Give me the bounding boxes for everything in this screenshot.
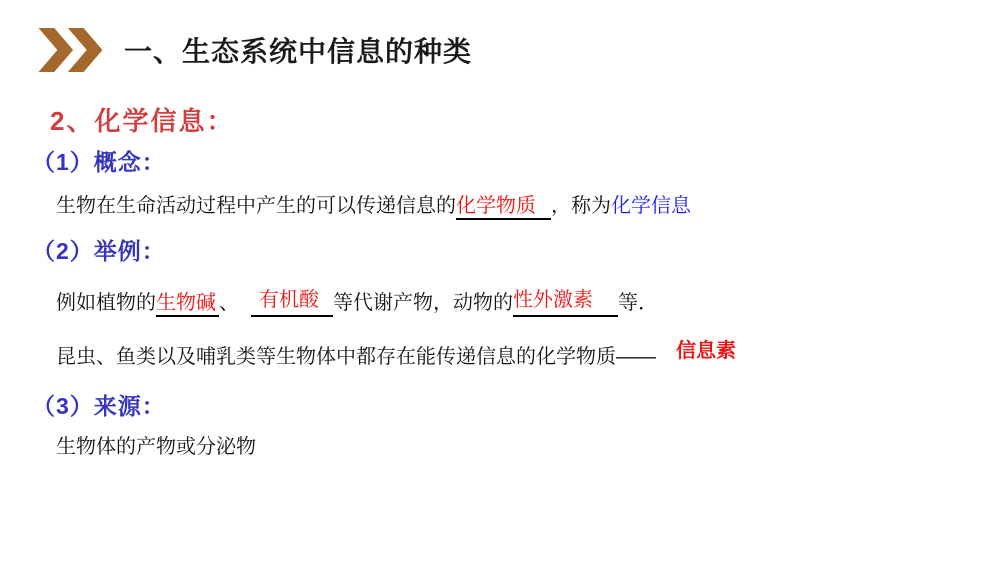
term-pheromone: 信息素: [676, 340, 736, 362]
section-label-examples: （2）举例：: [32, 233, 166, 266]
blank-sex-pheromone-text: 性外激素: [513, 289, 593, 312]
example-text-p3: 等代谢产物，动物的: [333, 292, 513, 314]
double-chevron-right-icon: [38, 28, 104, 72]
slide-title-row: 一、生态系统中信息的种类: [38, 28, 472, 72]
blank-chemical-substance: 化学物质: [456, 195, 551, 220]
pheromone-text-pre: 昆虫、鱼类以及哺乳类等生物体中都存在能传递信息的化学物质——: [56, 346, 656, 368]
heading-chemical-info: 2、化学信息：: [50, 101, 234, 138]
section-label-source: （3）来源：: [32, 388, 166, 421]
blank-chemical-substance-text: 化学物质: [456, 195, 536, 218]
section-label-concept: （1）概念：: [32, 144, 166, 177]
example-sentence: 例如植物的生物碱、有机酸等代谢产物，动物的性外激素等．: [56, 286, 658, 317]
concept-text-pre: 生物在生命活动过程中产生的可以传递信息的: [56, 195, 456, 217]
pheromone-sentence: 昆虫、鱼类以及哺乳类等生物体中都存在能传递信息的化学物质——信息素: [56, 340, 736, 369]
blank-alkaloid: 生物碱: [156, 292, 219, 317]
page-title: 一、生态系统中信息的种类: [124, 30, 472, 70]
concept-sentence: 生物在生命活动过程中产生的可以传递信息的化学物质，称为化学信息: [56, 189, 691, 220]
example-text-p4: 等．: [618, 292, 658, 314]
blank-organic-acid-text: 有机酸: [259, 289, 319, 312]
blank-organic-acid: 有机酸: [251, 292, 333, 317]
example-text-p2: 、: [219, 292, 239, 314]
example-text-p1: 例如植物的: [56, 292, 156, 314]
source-sentence: 生物体的产物或分泌物: [56, 430, 256, 459]
blank-sex-pheromone: 性外激素: [513, 292, 618, 317]
term-chemical-information: 化学信息: [611, 195, 691, 217]
blank-alkaloid-text: 生物碱: [156, 292, 216, 315]
concept-text-mid: ，称为: [551, 195, 611, 217]
slide: 一、生态系统中信息的种类 2、化学信息： （1）概念： 生物在生命活动过程中产生…: [0, 0, 1000, 563]
